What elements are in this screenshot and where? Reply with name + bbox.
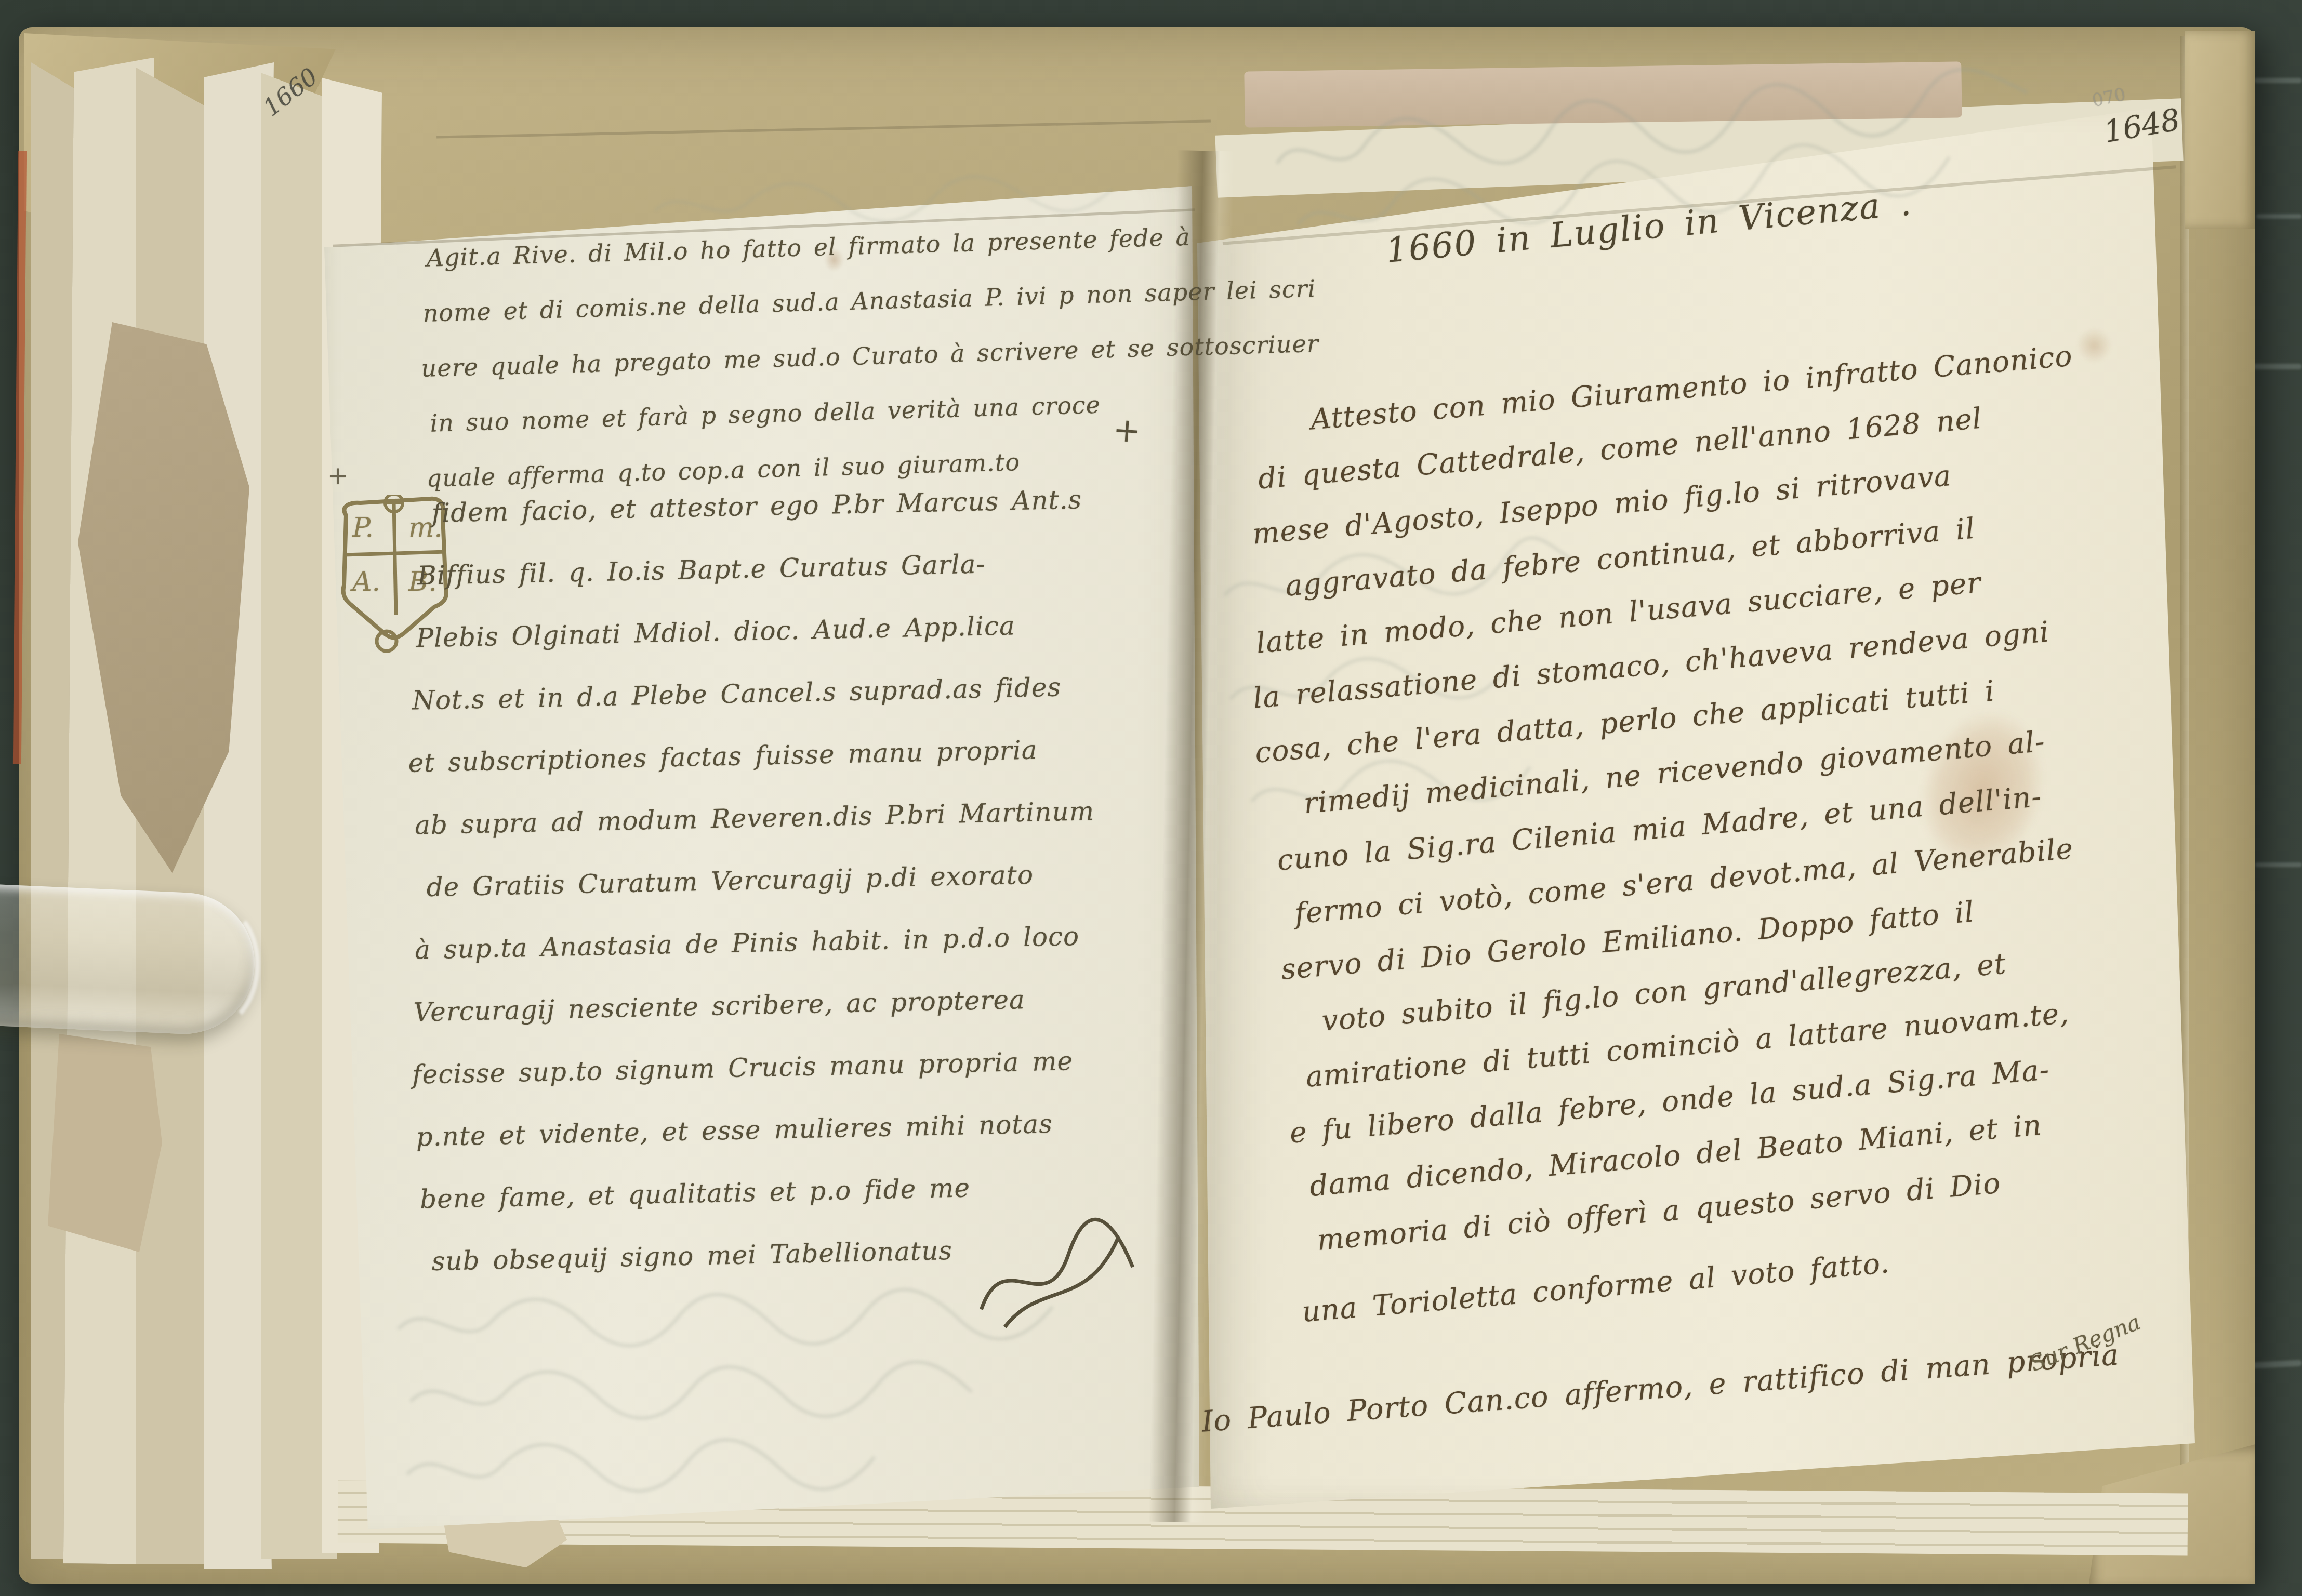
handwritten-line: et subscriptiones factas fuisse manu pro…	[408, 735, 1038, 778]
handwritten-line: sub obsequij signo mei Tabellionatus	[431, 1235, 952, 1276]
handwritten-line: in suo nome et farà p segno della verità…	[430, 391, 1101, 437]
handwritten-line: à sup.ta Anastasia de Pinis habit. in p.…	[415, 921, 1080, 965]
felt-streak	[2250, 1360, 2302, 1368]
handwritten-line: de Gratiis Curatum Vercuragij p.di exora…	[426, 860, 1034, 902]
handwritten-line: Biffius fil. q. Io.is Bapt.e Curatus Gar…	[417, 549, 986, 591]
felt-streak	[2254, 78, 2302, 83]
seal-letter: P.	[352, 512, 374, 543]
seal-letter: A.	[352, 566, 380, 597]
cover-corner-fold-top-right	[2185, 31, 2255, 229]
manuscript-photo: 1660 Agit.a Rive. di Mil.o ho fatto el f…	[0, 0, 2302, 1596]
notary-flourish	[959, 1204, 1150, 1341]
handwritten-line: uere quale ha pregato me sud.o Curato à …	[421, 329, 1319, 382]
margin-cross-mark: +	[327, 461, 348, 490]
handwritten-line: una Torioletta conforme al voto fatto.	[1301, 1246, 1891, 1328]
handwritten-line: quale afferma q.to cop.a con il suo giur…	[426, 448, 1021, 493]
felt-streak	[2256, 214, 2302, 219]
testimony-body-block: Attesto con mio Giuramento io infratto C…	[1221, 324, 2302, 1425]
handwritten-line: Vercuragij nesciente scribere, ac propte…	[413, 985, 1025, 1028]
handwritten-line: fecisse sup.to signum Crucis manu propri…	[412, 1046, 1074, 1090]
handwritten-line: nome et di comis.ne della sud.a Anastasi…	[422, 274, 1316, 327]
handwritten-line: Plebis Olginati Mdiol. dioc. Aud.e App.l…	[416, 610, 1015, 653]
croce-cross-mark: +	[1112, 410, 1142, 451]
handwritten-line: p.nte et vidente, et esse mulieres mihi …	[416, 1109, 1053, 1152]
felt-streak	[2253, 364, 2302, 369]
handwritten-line: ab supra ad modum Reveren.dis P.bri Mart…	[415, 796, 1095, 840]
handwritten-line: Not.s et in d.a Plebe Cancel.s suprad.as…	[412, 672, 1062, 715]
handwritten-line: bene fame, et qualitatis et p.o fide me	[420, 1173, 971, 1214]
torn-leaf-fragment	[48, 1034, 162, 1252]
latin-attestation-block: fidem facio, et attestor ego P.br Marcus…	[400, 482, 1238, 1330]
